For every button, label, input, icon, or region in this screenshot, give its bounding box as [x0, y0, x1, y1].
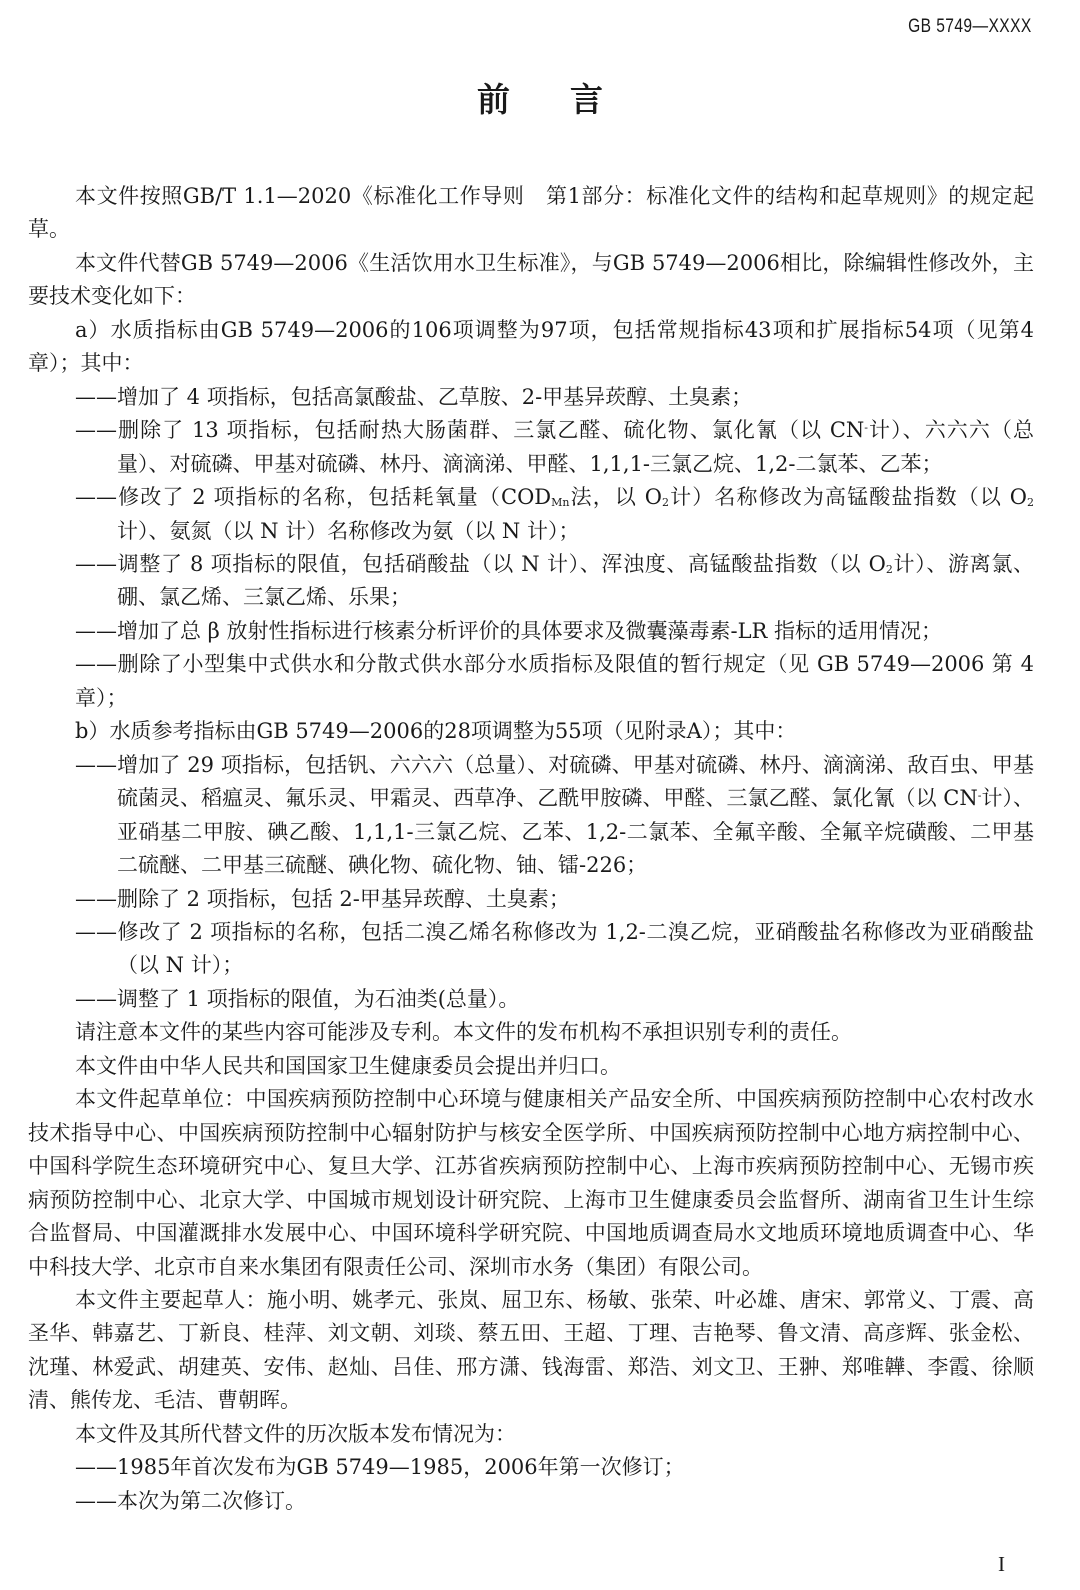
paragraph-history-intro: 本文件及其所代替文件的历次版本发布情况为：	[28, 1418, 1034, 1451]
list-item-a4: ——调整了 8 项指标的限值，包括硝酸盐（以 N 计）、浑浊度、高锰酸盐指数（以…	[28, 548, 1034, 615]
list-item-a5: ——增加了总 β 放射性指标进行核素分析评价的具体要求及微囊藻毒素-LR 指标的…	[28, 615, 1034, 648]
paragraph-proposer: 本文件由中华人民共和国国家卫生健康委员会提出并归口。	[28, 1050, 1034, 1083]
section-a-intro: a）水质指标由GB 5749—2006的106项调整为97项，包括常规指标43项…	[28, 314, 1034, 381]
paragraph-drafting-units: 本文件起草单位：中国疾病预防控制中心环境与健康相关产品安全所、中国疾病预防控制中…	[28, 1083, 1034, 1284]
section-b-intro: b）水质参考指标由GB 5749—2006的28项调整为55项（见附录A）；其中…	[28, 715, 1034, 748]
list-item-a1: ——增加了 4 项指标，包括高氯酸盐、乙草胺、2-甲基异莰醇、土臭素；	[28, 381, 1034, 414]
foreword-body: 本文件按照GB/T 1.1—2020《标准化工作导则 第1部分：标准化文件的结构…	[28, 180, 1034, 1518]
standard-code-header: GB 5749—XXXX	[908, 16, 1032, 38]
page-number: I	[998, 1552, 1005, 1577]
list-item-b4: ——调整了 1 项指标的限值，为石油类(总量）。	[28, 983, 1034, 1016]
history-item-2: ——本次为第二次修订。	[28, 1485, 1034, 1518]
page-title: 前言	[0, 74, 1080, 121]
list-item-a6: ——删除了小型集中式供水和分散式供水部分水质指标及限值的暂行规定（见 GB 57…	[28, 648, 1034, 715]
paragraph-patent-note: 请注意本文件的某些内容可能涉及专利。本文件的发布机构不承担识别专利的责任。	[28, 1016, 1034, 1049]
paragraph-main-drafters: 本文件主要起草人：施小明、姚孝元、张岚、屈卫东、杨敏、张荣、叶必雄、唐宋、郭常义…	[28, 1284, 1034, 1418]
list-item-b1: ——增加了 29 项指标，包括钒、六六六（总量）、对硫磷、甲基对硫磷、林丹、滴滴…	[28, 749, 1034, 883]
list-item-b2: ——删除了 2 项指标，包括 2-甲基异莰醇、土臭素；	[28, 883, 1034, 916]
paragraph-drafting-rules: 本文件按照GB/T 1.1—2020《标准化工作导则 第1部分：标准化文件的结构…	[28, 180, 1034, 247]
paragraph-replacement: 本文件代替GB 5749—2006《生活饮用水卫生标准》，与GB 5749—20…	[28, 247, 1034, 314]
list-item-b3: ——修改了 2 项指标的名称，包括二溴乙烯名称修改为 1,2-二溴乙烷，亚硝酸盐…	[28, 916, 1034, 983]
history-item-1: ——1985年首次发布为GB 5749—1985，2006年第一次修订；	[28, 1451, 1034, 1484]
list-item-a2: ——删除了 13 项指标，包括耐热大肠菌群、三氯乙醛、硫化物、氯化氰（以 CN-…	[28, 414, 1034, 481]
list-item-a3: ——修改了 2 项指标的名称，包括耗氧量（CODMn法，以 O2计）名称修改为高…	[28, 481, 1034, 548]
